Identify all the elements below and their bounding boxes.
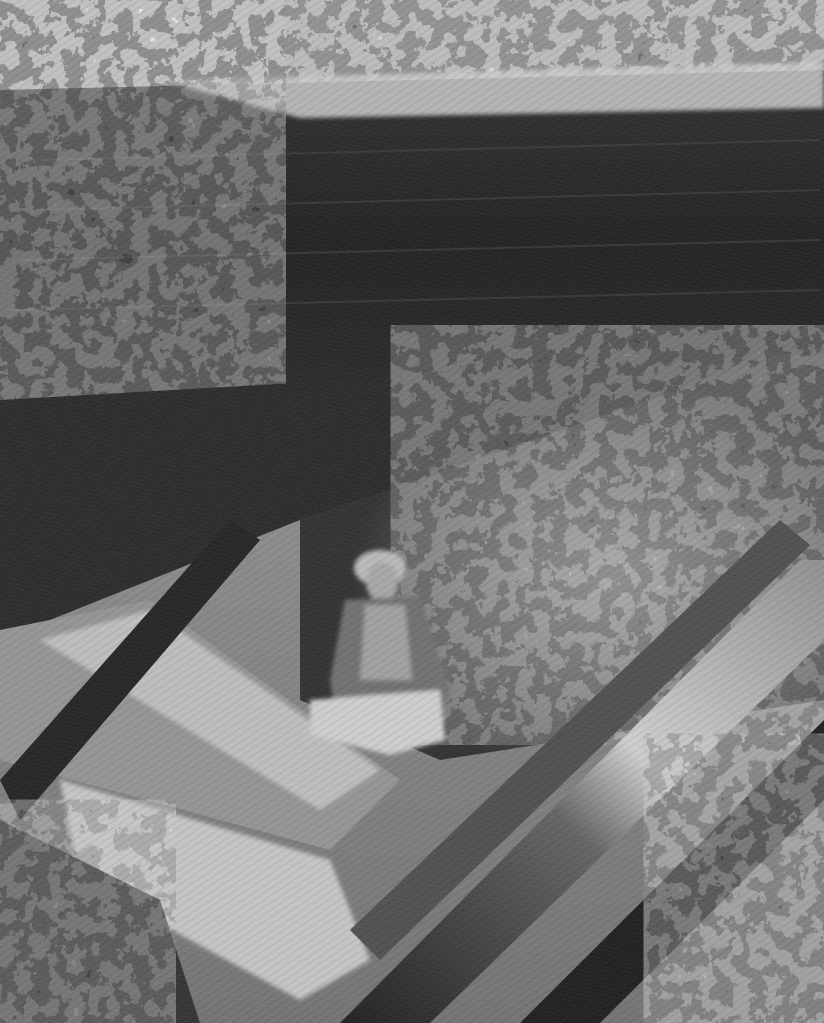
photo-scene — [0, 0, 824, 1023]
forest-photograph: Vintage black-and-white photograph of a … — [0, 0, 824, 1023]
film-grain — [0, 0, 824, 1023]
